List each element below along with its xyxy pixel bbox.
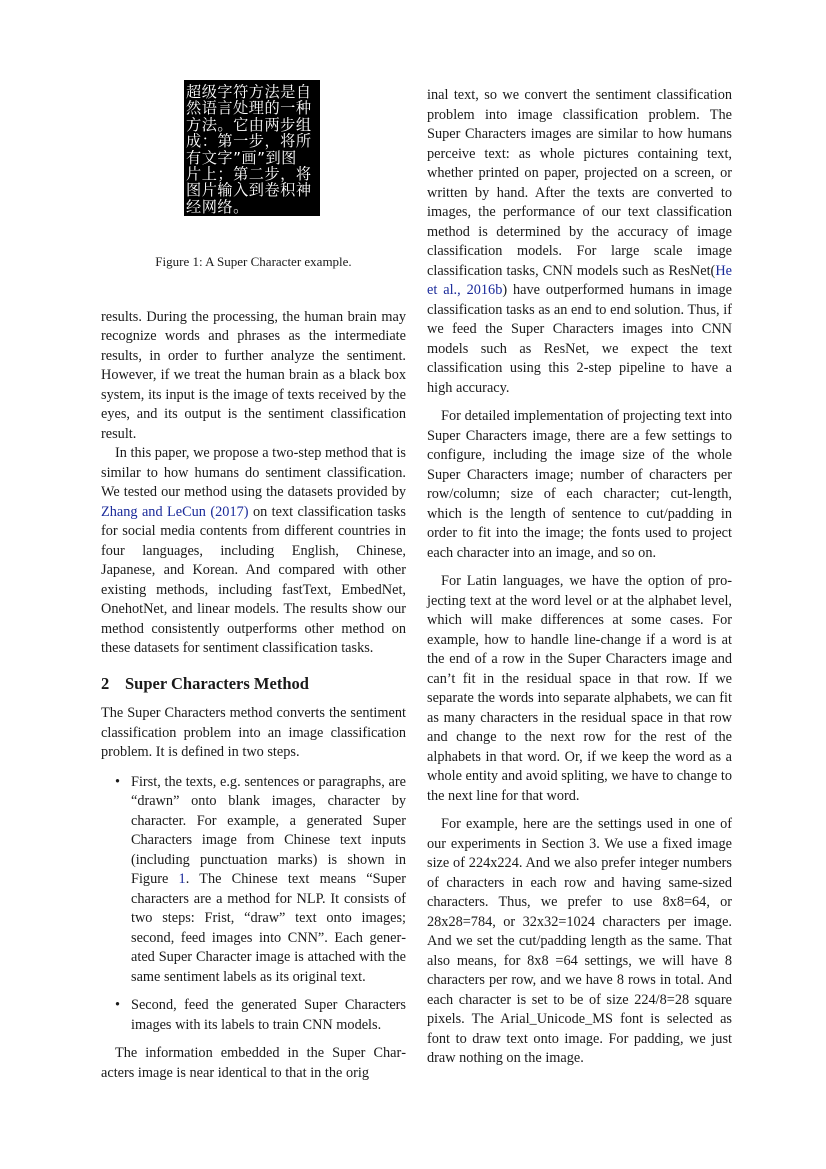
paragraph: The Super Characters method converts the…: [101, 704, 406, 763]
bullet-item: Second, feed the generated Super Charact…: [131, 996, 406, 1035]
image-text-line: 片上；第二步，将: [186, 166, 318, 182]
paragraph: results. During the processing, the huma…: [101, 308, 406, 445]
image-text-line: 方法。它由两步组: [186, 117, 318, 133]
section-title: Super Characters Method: [125, 674, 309, 693]
figure-caption: Figure 1: A Super Character example.: [101, 252, 406, 272]
image-text-line: 成：第一步，将所: [186, 133, 318, 149]
right-column: inal text, so we convert the sentiment c…: [427, 86, 732, 1069]
paragraph-text: on text classi­fication tasks for social…: [101, 504, 406, 657]
citation-link-zhang-lecun[interactable]: Zhang and LeCun: [101, 504, 206, 520]
left-column: 超级字符方法是自 然语言处理的一种 方法。它由两步组 成：第一步，将所 有文字”…: [101, 80, 406, 1083]
bullet-item: First, the texts, e.g. sentences or para…: [131, 773, 406, 988]
figure-ref-link[interactable]: 1: [179, 871, 186, 887]
citation-link-year[interactable]: (2017): [210, 504, 248, 520]
paragraph: In this paper, we propose a two-step met…: [101, 444, 406, 659]
bullet-text: First, the texts, e.g. sentences or para…: [131, 774, 406, 888]
paragraph: inal text, so we convert the sentiment c…: [427, 86, 732, 398]
bullet-text: . The Chinese text means “Super characte…: [131, 871, 406, 985]
paragraph: The information embedded in the Super Ch…: [101, 1044, 406, 1083]
paragraph: For detailed implementation of projectin…: [427, 407, 732, 563]
image-text-line: 超级字符方法是自: [186, 84, 318, 100]
image-text-line: 图片输入到卷积神: [186, 182, 318, 198]
paragraph-text: inal text, so we convert the sentiment c…: [427, 87, 732, 279]
paragraph: For Latin languages, we have the option …: [427, 572, 732, 806]
section-number: 2: [101, 674, 125, 694]
super-character-image: 超级字符方法是自 然语言处理的一种 方法。它由两步组 成：第一步，将所 有文字”…: [184, 80, 320, 216]
bullet-list: First, the texts, e.g. sentences or para…: [101, 773, 406, 1036]
image-text-line: 有文字”画”到图: [186, 150, 318, 166]
image-text-line: 然语言处理的一种: [186, 100, 318, 116]
figure-1: 超级字符方法是自 然语言处理的一种 方法。它由两步组 成：第一步，将所 有文字”…: [101, 80, 406, 272]
paragraph: For example, here are the settings used …: [427, 815, 732, 1069]
section-heading: 2Super Characters Method: [101, 674, 406, 694]
image-text-line: 经网络。: [186, 199, 318, 215]
paragraph-text: ) have outperformed hu­mans in image cla…: [427, 282, 732, 396]
paragraph-text: In this paper, we propose a two-step met…: [101, 445, 406, 500]
